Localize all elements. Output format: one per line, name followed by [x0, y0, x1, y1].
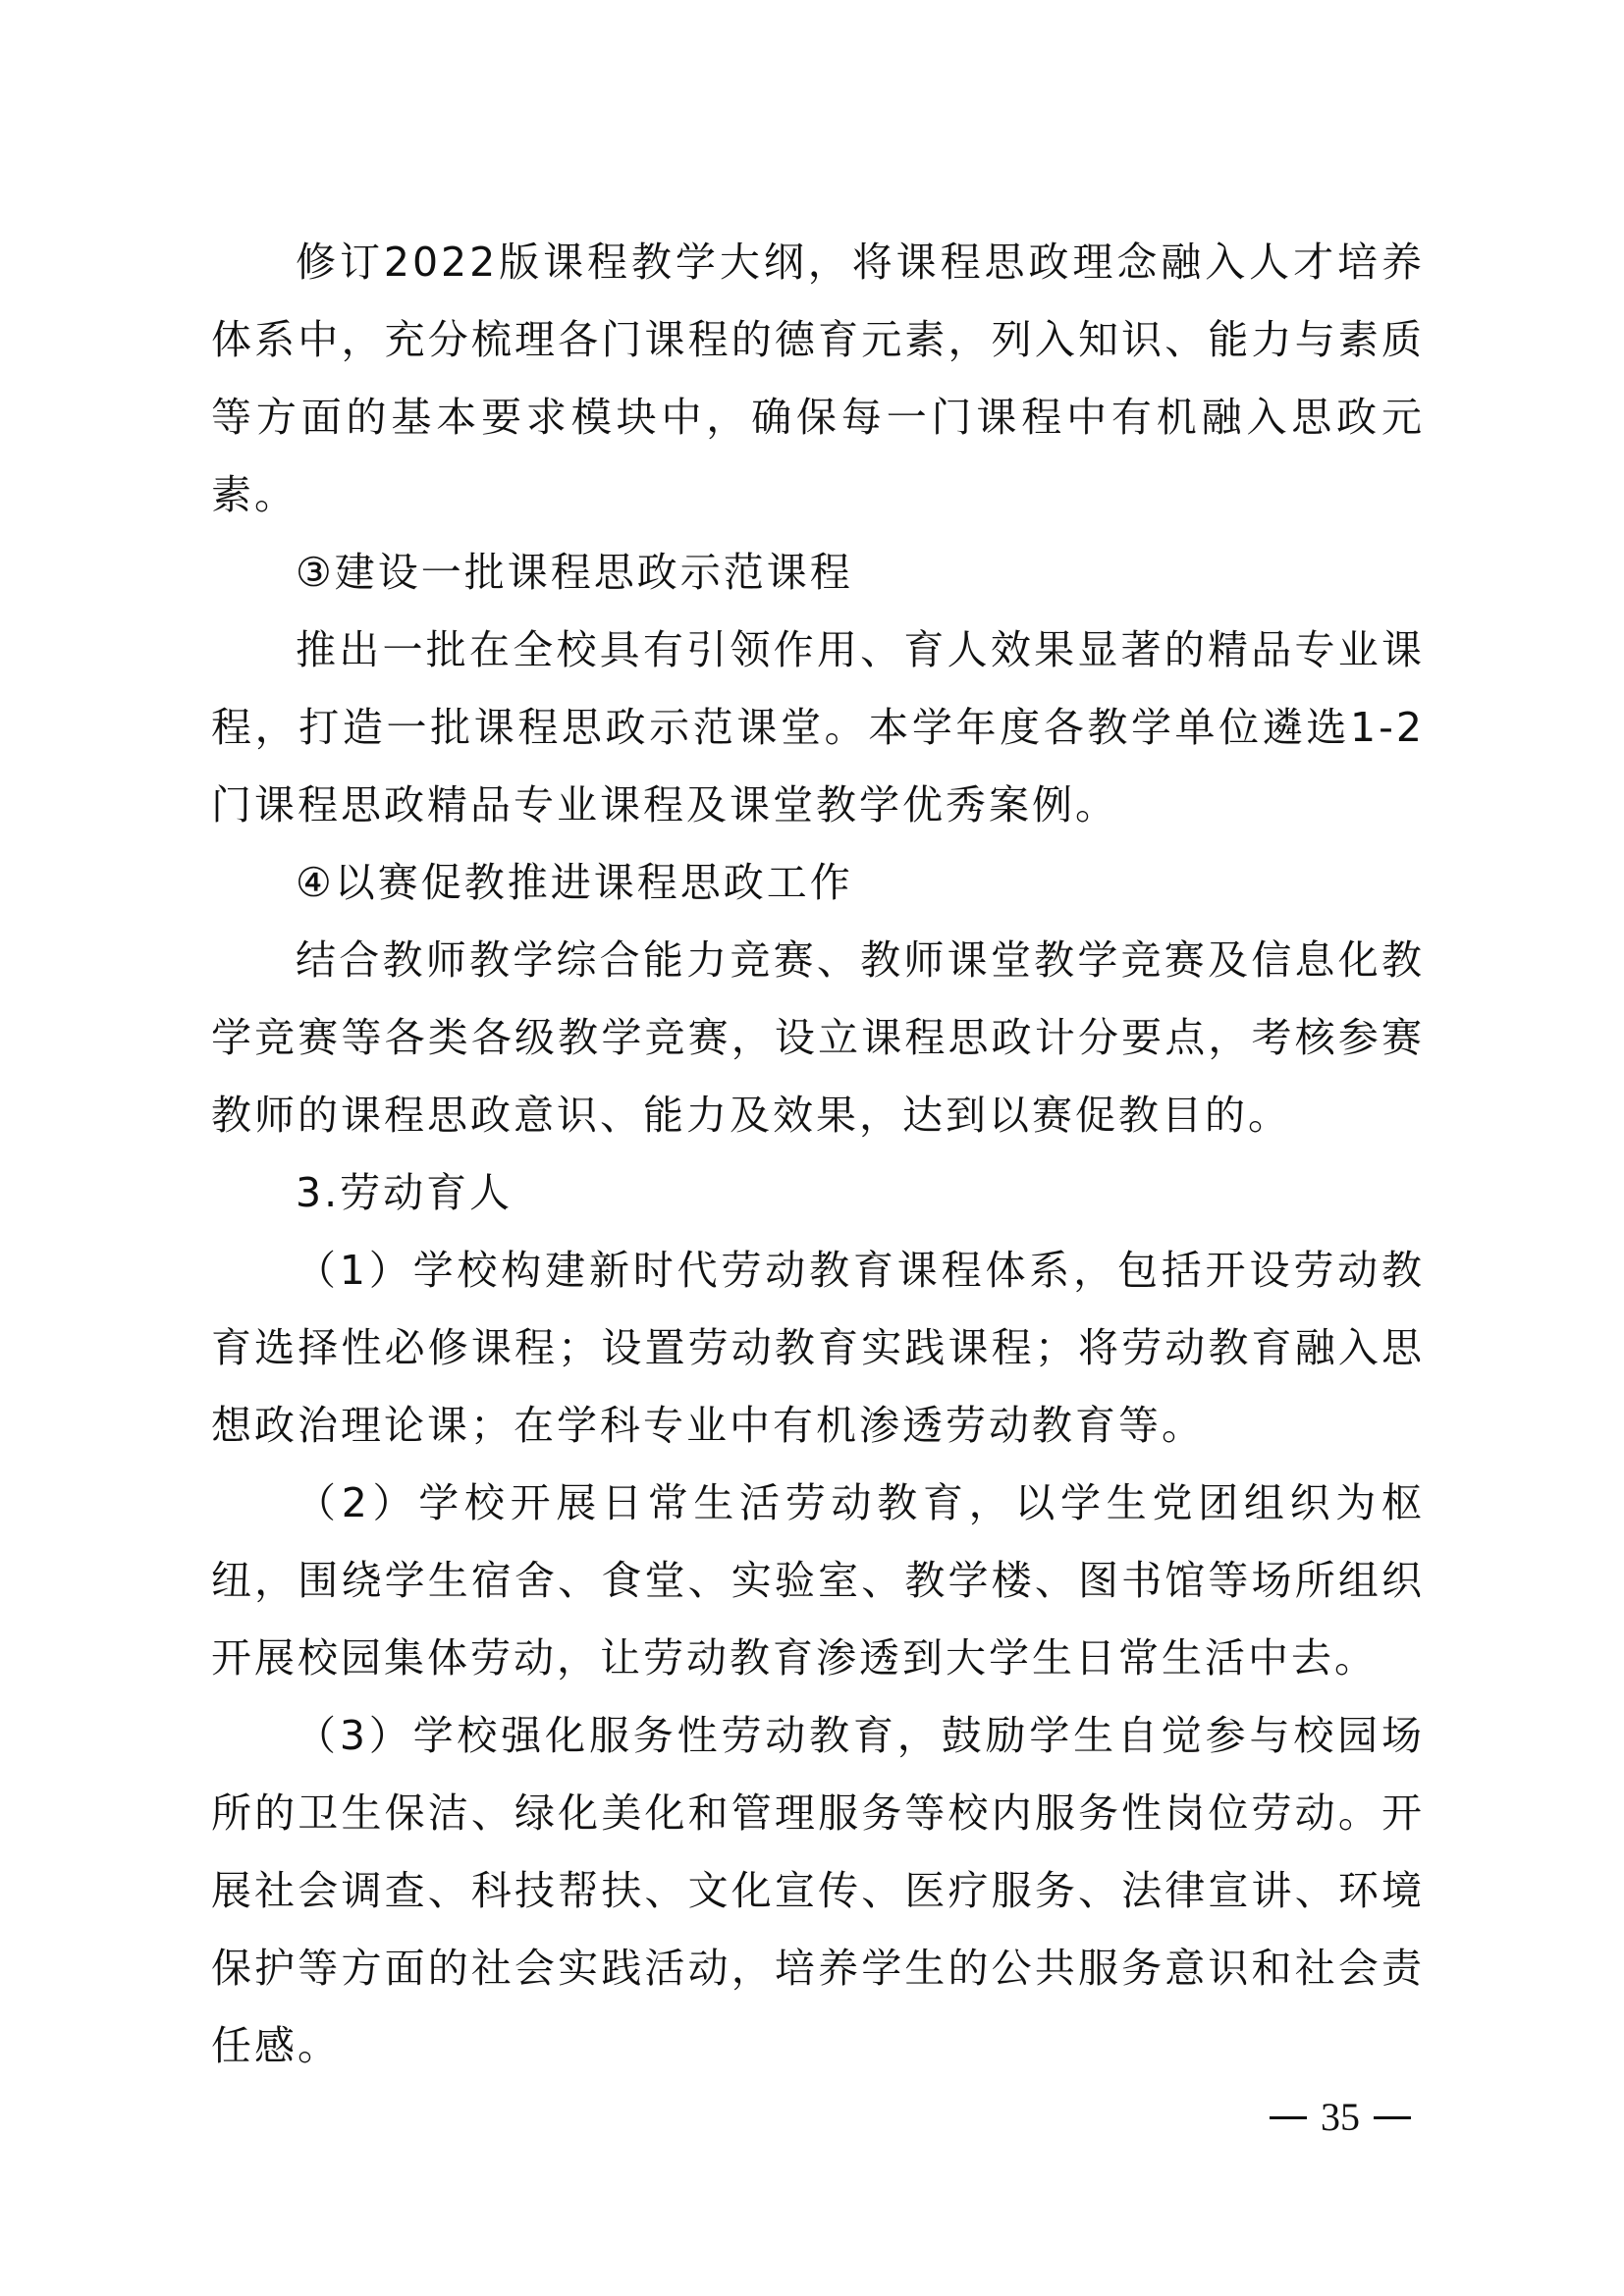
- document-body: 修订2022版课程教学大纲，将课程思政理念融入人才培养体系中，充分梳理各门课程的…: [211, 224, 1425, 2085]
- document-page: 修订2022版课程教学大纲，将课程思政理念融入人才培养体系中，充分梳理各门课程的…: [0, 0, 1624, 2296]
- heading-labor-education: 3.劳动育人: [211, 1154, 1425, 1232]
- paragraph-service-labor: （3）学校强化服务性劳动教育，鼓励学生自觉参与校园场所的卫生保洁、绿化美化和管理…: [211, 1697, 1425, 2085]
- heading-demonstration-courses: ③建设一批课程思政示范课程: [211, 534, 1425, 612]
- dash-right-icon: [1374, 2116, 1411, 2119]
- paragraph-competition-teaching: 结合教师教学综合能力竞赛、教师课堂教学竞赛及信息化教学竞赛等各类各级教学竞赛，设…: [211, 922, 1425, 1154]
- paragraph-labor-curriculum: （1）学校构建新时代劳动教育课程体系，包括开设劳动教育选择性必修课程；设置劳动教…: [211, 1232, 1425, 1465]
- page-number-value: 35: [1321, 2093, 1360, 2142]
- heading-competition-teaching: ④以赛促教推进课程思政工作: [211, 844, 1425, 922]
- paragraph-daily-labor: （2）学校开展日常生活劳动教育，以学生党团组织为枢纽，围绕学生宿舍、食堂、实验室…: [211, 1465, 1425, 1697]
- page-number: 35: [1270, 2093, 1427, 2142]
- dash-left-icon: [1270, 2116, 1307, 2119]
- paragraph-syllabus-revision: 修订2022版课程教学大纲，将课程思政理念融入人才培养体系中，充分梳理各门课程的…: [211, 224, 1425, 534]
- paragraph-demonstration-courses: 推出一批在全校具有引领作用、育人效果显著的精品专业课程，打造一批课程思政示范课堂…: [211, 612, 1425, 844]
